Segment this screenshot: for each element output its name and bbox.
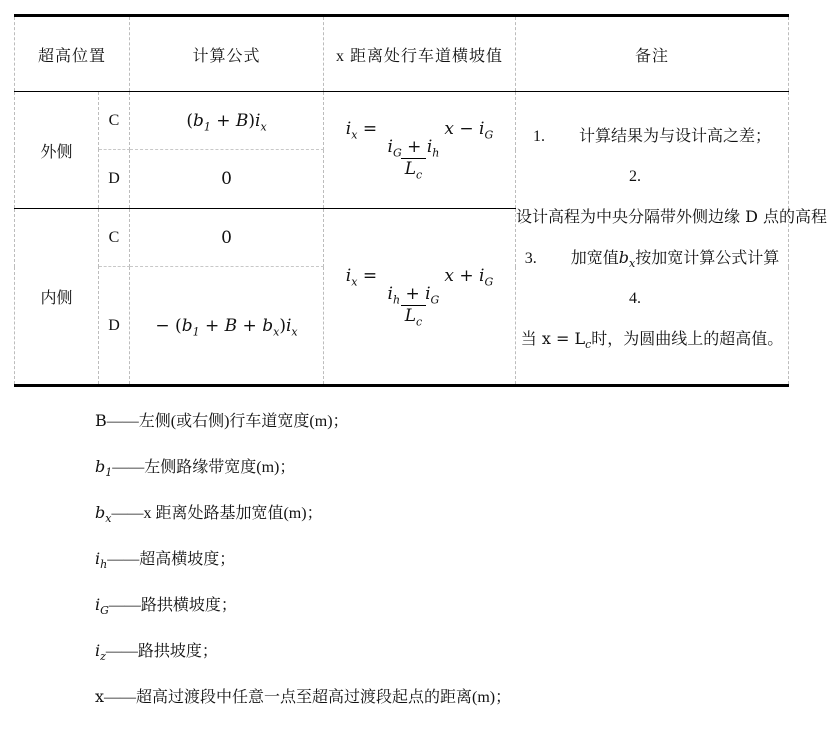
slope-formula-outer: ix = iG + ihLcx − iG [346, 119, 493, 139]
definition-item: ih——超高横坡度； [95, 536, 511, 582]
slope-formula-cell: ix = iG + ihLcx − iG [324, 92, 516, 209]
definition-item: bx——x 距离处路基加宽值(m)； [95, 490, 511, 536]
formula-outer-c: (b1 + B)ix [186, 111, 266, 131]
formula-inner-c: 0 [221, 228, 232, 248]
definition-item: b1——左侧路缘带宽度(m)； [95, 444, 511, 490]
definition-term: ih [95, 549, 107, 568]
group-name-inner: 内侧 [15, 209, 99, 386]
header-formula: 计算公式 [130, 16, 324, 92]
point-label: C [99, 92, 130, 150]
remark-number: 1. [533, 128, 545, 145]
remark-text: 设计高程为中央分隔带外侧边缘 D 点的高程 [516, 207, 827, 226]
remark-text: 加宽值bx按加宽计算公式计算 [571, 248, 780, 267]
formula-cell: 0 [130, 150, 324, 209]
remark-number: 4. [629, 290, 641, 307]
header-remarks: 备注 [516, 16, 789, 92]
table-header-row: 超高位置 计算公式 x 距离处行车道横坡值 备注 [15, 16, 789, 92]
remarks-cell: 1.计算结果为与设计高之差； 2.设计高程为中央分隔带外侧边缘 D 点的高程 3… [516, 92, 789, 386]
definition-term: b1 [95, 457, 112, 476]
point-label: D [99, 267, 130, 386]
formula-cell: − (b1 + B + bx)ix [130, 267, 324, 386]
definition-desc: ——左侧路缘带宽度(m)； [112, 459, 295, 476]
definition-desc: ——超高横坡度； [107, 551, 235, 568]
definition-item: B——左侧(或右侧)行车道宽度(m)； [95, 398, 511, 444]
document-page: 超高位置 计算公式 x 距离处行车道横坡值 备注 外侧 C (b1 + B)ix… [0, 0, 835, 743]
remark-text: 计算结果为与设计高之差； [579, 126, 771, 145]
table-row: 外侧 C (b1 + B)ix ix = iG + ihLcx − iG 1.计… [15, 92, 789, 150]
remark-item: 3.加宽值bx按加宽计算公式计算 [516, 238, 788, 279]
point-label: D [99, 150, 130, 209]
remark-number: 3. [525, 250, 537, 267]
slope-formula-cell: ix = ih + iGLcx + iG [324, 209, 516, 386]
remark-number: 2. [629, 168, 641, 185]
superelevation-table: 超高位置 计算公式 x 距离处行车道横坡值 备注 外侧 C (b1 + B)ix… [14, 14, 789, 387]
definition-term: iG [95, 595, 109, 614]
variable-definitions-list: B——左侧(或右侧)行车道宽度(m)； b1——左侧路缘带宽度(m)； bx——… [95, 398, 511, 720]
remark-item: 1.计算结果为与设计高之差； [516, 116, 788, 157]
definition-item: x——超高过渡段中任意一点至超高过渡段起点的距离(m)； [95, 674, 511, 720]
definition-term: x [95, 687, 104, 706]
remark-item: 4.当 x = Lc时，为圆曲线上的超高值。 [516, 279, 788, 360]
slope-formula-inner: ix = ih + iGLcx + iG [346, 266, 493, 286]
remark-item: 2.设计高程为中央分隔带外侧边缘 D 点的高程 [516, 157, 788, 238]
definition-desc: ——左侧(或右侧)行车道宽度(m)； [107, 413, 349, 430]
definition-desc: ——超高过渡段中任意一点至超高过渡段起点的距离(m)； [104, 689, 511, 706]
definition-desc: ——x 距离处路基加宽值(m)； [111, 505, 322, 522]
definition-item: iG——路拱横坡度； [95, 582, 511, 628]
definition-desc: ——路拱横坡度； [109, 597, 237, 614]
definition-desc: ——路拱坡度； [106, 643, 218, 660]
formula-cell: (b1 + B)ix [130, 92, 324, 150]
definition-term: bx [95, 503, 111, 522]
header-position: 超高位置 [15, 16, 130, 92]
header-slope: x 距离处行车道横坡值 [324, 16, 516, 92]
point-label: C [99, 209, 130, 267]
formula-inner-d: − (b1 + B + bx)ix [155, 316, 297, 336]
formula-cell: 0 [130, 209, 324, 267]
group-name-outer: 外侧 [15, 92, 99, 209]
remark-text: 当 x = Lc时，为圆曲线上的超高值。 [521, 329, 784, 348]
definition-item: iz——路拱坡度； [95, 628, 511, 674]
formula-outer-d: 0 [221, 169, 232, 189]
definition-term: B [95, 411, 107, 430]
definition-term: iz [95, 641, 106, 660]
